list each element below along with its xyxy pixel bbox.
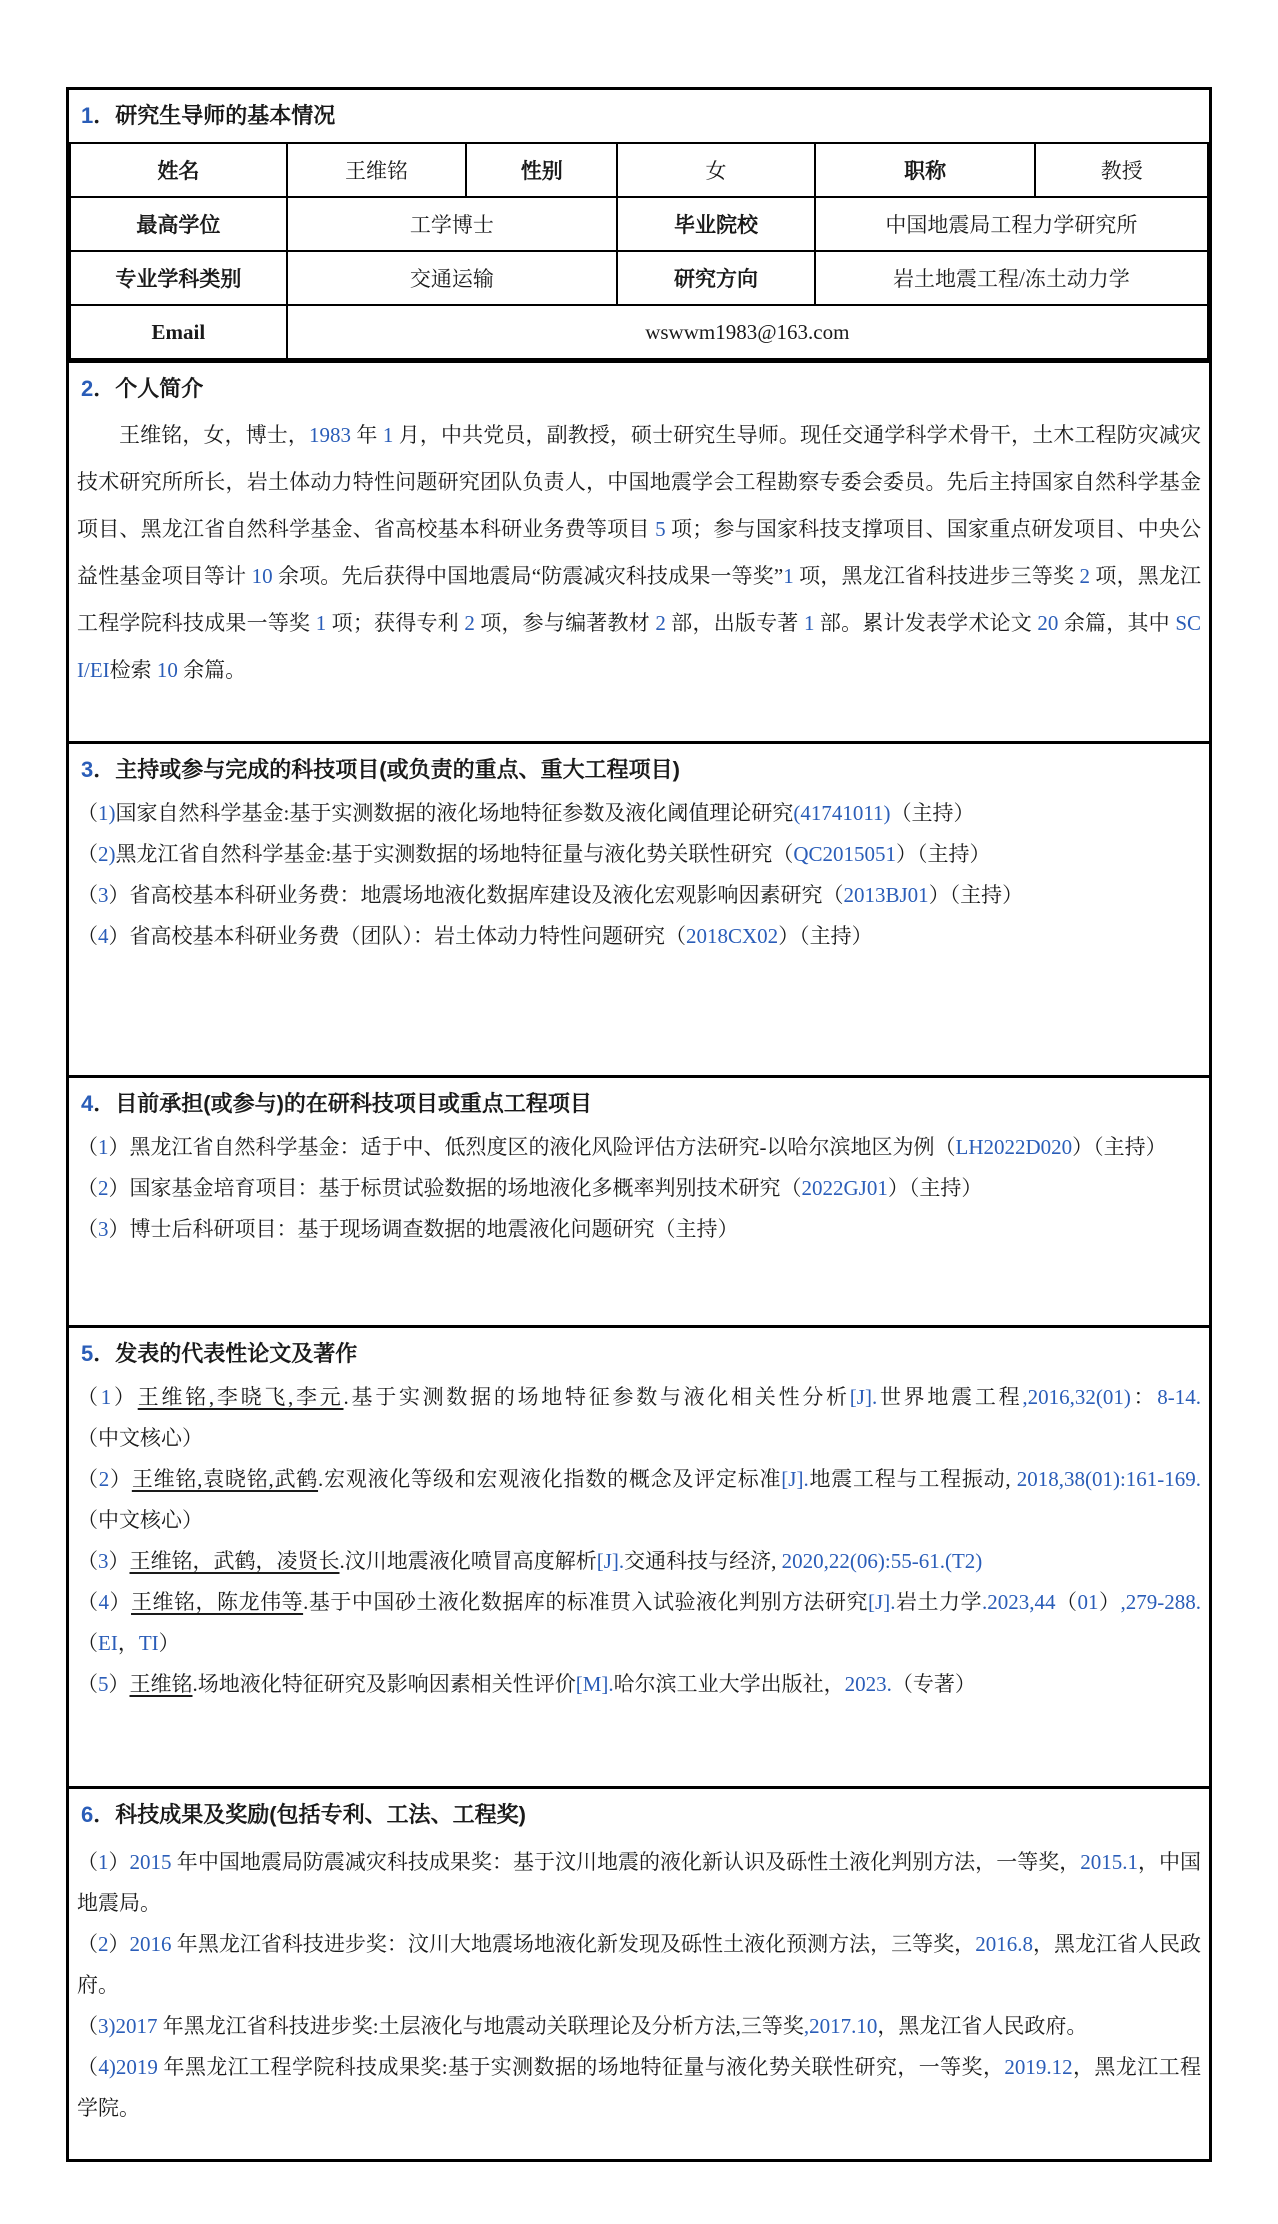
info-row-3: 专业学科类别 交通运输 研究方向 岩土地震工程/冻土动力学 xyxy=(70,251,1208,305)
award-item-4: （4)2019 年黑龙江工程学院科技成果奖:基于实测数据的场地特征量与液化势关联… xyxy=(69,2047,1209,2129)
publication-4-authors: 王维铭，陈龙伟等 xyxy=(131,1590,303,1614)
degree-label: 最高学位 xyxy=(70,197,287,251)
rank-value: 教授 xyxy=(1035,143,1208,197)
rank-label: 职称 xyxy=(815,143,1036,197)
section-6-awards: 6．科技成果及奖励(包括专利、工法、工程奖) （1）2015 年中国地震局防震减… xyxy=(69,1786,1209,2159)
info-row-2: 最高学位 工学博士 毕业院校 中国地震局工程力学研究所 xyxy=(70,197,1208,251)
publication-item-1: （1）王维铭,李晓飞,李元.基于实测数据的场地特征参数与液化相关性分析[J].世… xyxy=(69,1377,1209,1459)
publication-5-index: （5） xyxy=(77,1672,130,1696)
discipline-value: 交通运输 xyxy=(287,251,617,305)
section-6-title: 6．科技成果及奖励(包括专利、工法、工程奖) xyxy=(69,1789,1209,1838)
completed-project-item-2: （2)黑龙江省自然科学基金:基于实测数据的场地特征量与液化势关联性研究（QC20… xyxy=(69,834,1209,875)
bio-paragraph: 王维铭，女，博士，1983 年 1 月，中共党员，副教授，硕士研究生导师。现任交… xyxy=(69,412,1209,694)
gender-label: 性别 xyxy=(466,143,617,197)
publication-3-index: （3） xyxy=(77,1549,130,1573)
advisor-profile-table: 1．研究生导师的基本情况 姓名 王维铭 性别 女 职称 教授 最高学位 工学博士… xyxy=(66,87,1212,2162)
direction-value: 岩土地震工程/冻土动力学 xyxy=(815,251,1208,305)
publication-1-authors: 王维铭,李晓飞,李元 xyxy=(138,1385,344,1409)
publication-5-detail: .场地液化特征研究及影响因素相关性评价[M].哈尔滨工业大学出版社，2023.（… xyxy=(193,1672,976,1696)
email-label: Email xyxy=(70,305,287,359)
publication-item-5: （5）王维铭.场地液化特征研究及影响因素相关性评价[M].哈尔滨工业大学出版社，… xyxy=(69,1664,1209,1705)
info-row-4: Email wswwm1983@163.com xyxy=(70,305,1208,359)
section-2-bio: 2．个人简介 王维铭，女，博士，1983 年 1 月，中共党员，副教授，硕士研究… xyxy=(69,360,1209,741)
publication-item-3: （3）王维铭，武鹤，凌贤长.汶川地震液化喷冒高度解析[J].交通科技与经济, 2… xyxy=(69,1541,1209,1582)
publication-1-index: （1） xyxy=(77,1385,138,1409)
publication-2-index: （2） xyxy=(77,1467,132,1491)
publication-2-authors: 王维铭,袁晓铭,武鹤 xyxy=(132,1467,318,1491)
section-2-title: 2．个人简介 xyxy=(69,363,1209,412)
discipline-label: 专业学科类别 xyxy=(70,251,287,305)
section-4-title: 4．目前承担(或参与)的在研科技项目或重点工程项目 xyxy=(69,1078,1209,1127)
publication-5-authors: 王维铭 xyxy=(130,1672,193,1696)
section-3-completed-projects: 3．主持或参与完成的科技项目(或负责的重点、重大工程项目) （1)国家自然科学基… xyxy=(69,741,1209,1075)
current-project-item-1: （1）黑龙江省自然科学基金：适于中、低烈度区的液化风险评估方法研究-以哈尔滨地区… xyxy=(69,1127,1209,1168)
direction-label: 研究方向 xyxy=(617,251,815,305)
completed-project-item-3: （3）省高校基本科研业务费：地震场地液化数据库建设及液化宏观影响因素研究（201… xyxy=(69,875,1209,916)
award-item-1: （1）2015 年中国地震局防震减灾科技成果奖：基于汶川地震的液化新认识及砾性土… xyxy=(69,1842,1209,1924)
publication-item-2: （2）王维铭,袁晓铭,武鹤.宏观液化等级和宏观液化指数的概念及评定标准[J].地… xyxy=(69,1459,1209,1541)
section-1-title: 1．研究生导师的基本情况 xyxy=(69,90,1209,142)
publication-4-index: （4） xyxy=(77,1590,131,1614)
completed-project-item-4: （4）省高校基本科研业务费（团队）：岩土体动力特性问题研究（2018CX02）（… xyxy=(69,916,1209,957)
current-project-item-3: （3）博士后科研项目：基于现场调查数据的地震液化问题研究（主持） xyxy=(69,1209,1209,1250)
award-item-2: （2）2016 年黑龙江省科技进步奖：汶川大地震场地液化新发现及砾性土液化预测方… xyxy=(69,1924,1209,2006)
section-3-title: 3．主持或参与完成的科技项目(或负责的重点、重大工程项目) xyxy=(69,744,1209,793)
email-value: wswwm1983@163.com xyxy=(287,305,1208,359)
section-5-title: 5．发表的代表性论文及著作 xyxy=(69,1328,1209,1377)
publication-3-detail: .汶川地震液化喷冒高度解析[J].交通科技与经济, 2020,22(06):55… xyxy=(340,1549,983,1573)
current-project-item-2: （2）国家基金培育项目：基于标贯试验数据的场地液化多概率判别技术研究（2022G… xyxy=(69,1168,1209,1209)
gender-value: 女 xyxy=(617,143,815,197)
completed-project-item-1: （1)国家自然科学基金:基于实测数据的液化场地特征参数及液化阈值理论研究(417… xyxy=(69,793,1209,834)
basic-info-table: 姓名 王维铭 性别 女 职称 教授 最高学位 工学博士 毕业院校 中国地震局工程… xyxy=(69,142,1209,360)
award-item-3: （3)2017 年黑龙江省科技进步奖:土层液化与地震动关联理论及分析方法,三等奖… xyxy=(69,2006,1209,2047)
school-label: 毕业院校 xyxy=(617,197,815,251)
publication-3-authors: 王维铭，武鹤，凌贤长 xyxy=(130,1549,340,1573)
section-4-current-projects: 4．目前承担(或参与)的在研科技项目或重点工程项目 （1）黑龙江省自然科学基金：… xyxy=(69,1075,1209,1325)
publication-item-4: （4）王维铭，陈龙伟等.基于中国砂土液化数据库的标准贯入试验液化判别方法研究[J… xyxy=(69,1582,1209,1664)
name-label: 姓名 xyxy=(70,143,287,197)
section-5-publications: 5．发表的代表性论文及著作 （1）王维铭,李晓飞,李元.基于实测数据的场地特征参… xyxy=(69,1325,1209,1786)
degree-value: 工学博士 xyxy=(287,197,617,251)
info-row-1: 姓名 王维铭 性别 女 职称 教授 xyxy=(70,143,1208,197)
school-value: 中国地震局工程力学研究所 xyxy=(815,197,1208,251)
name-value: 王维铭 xyxy=(287,143,467,197)
